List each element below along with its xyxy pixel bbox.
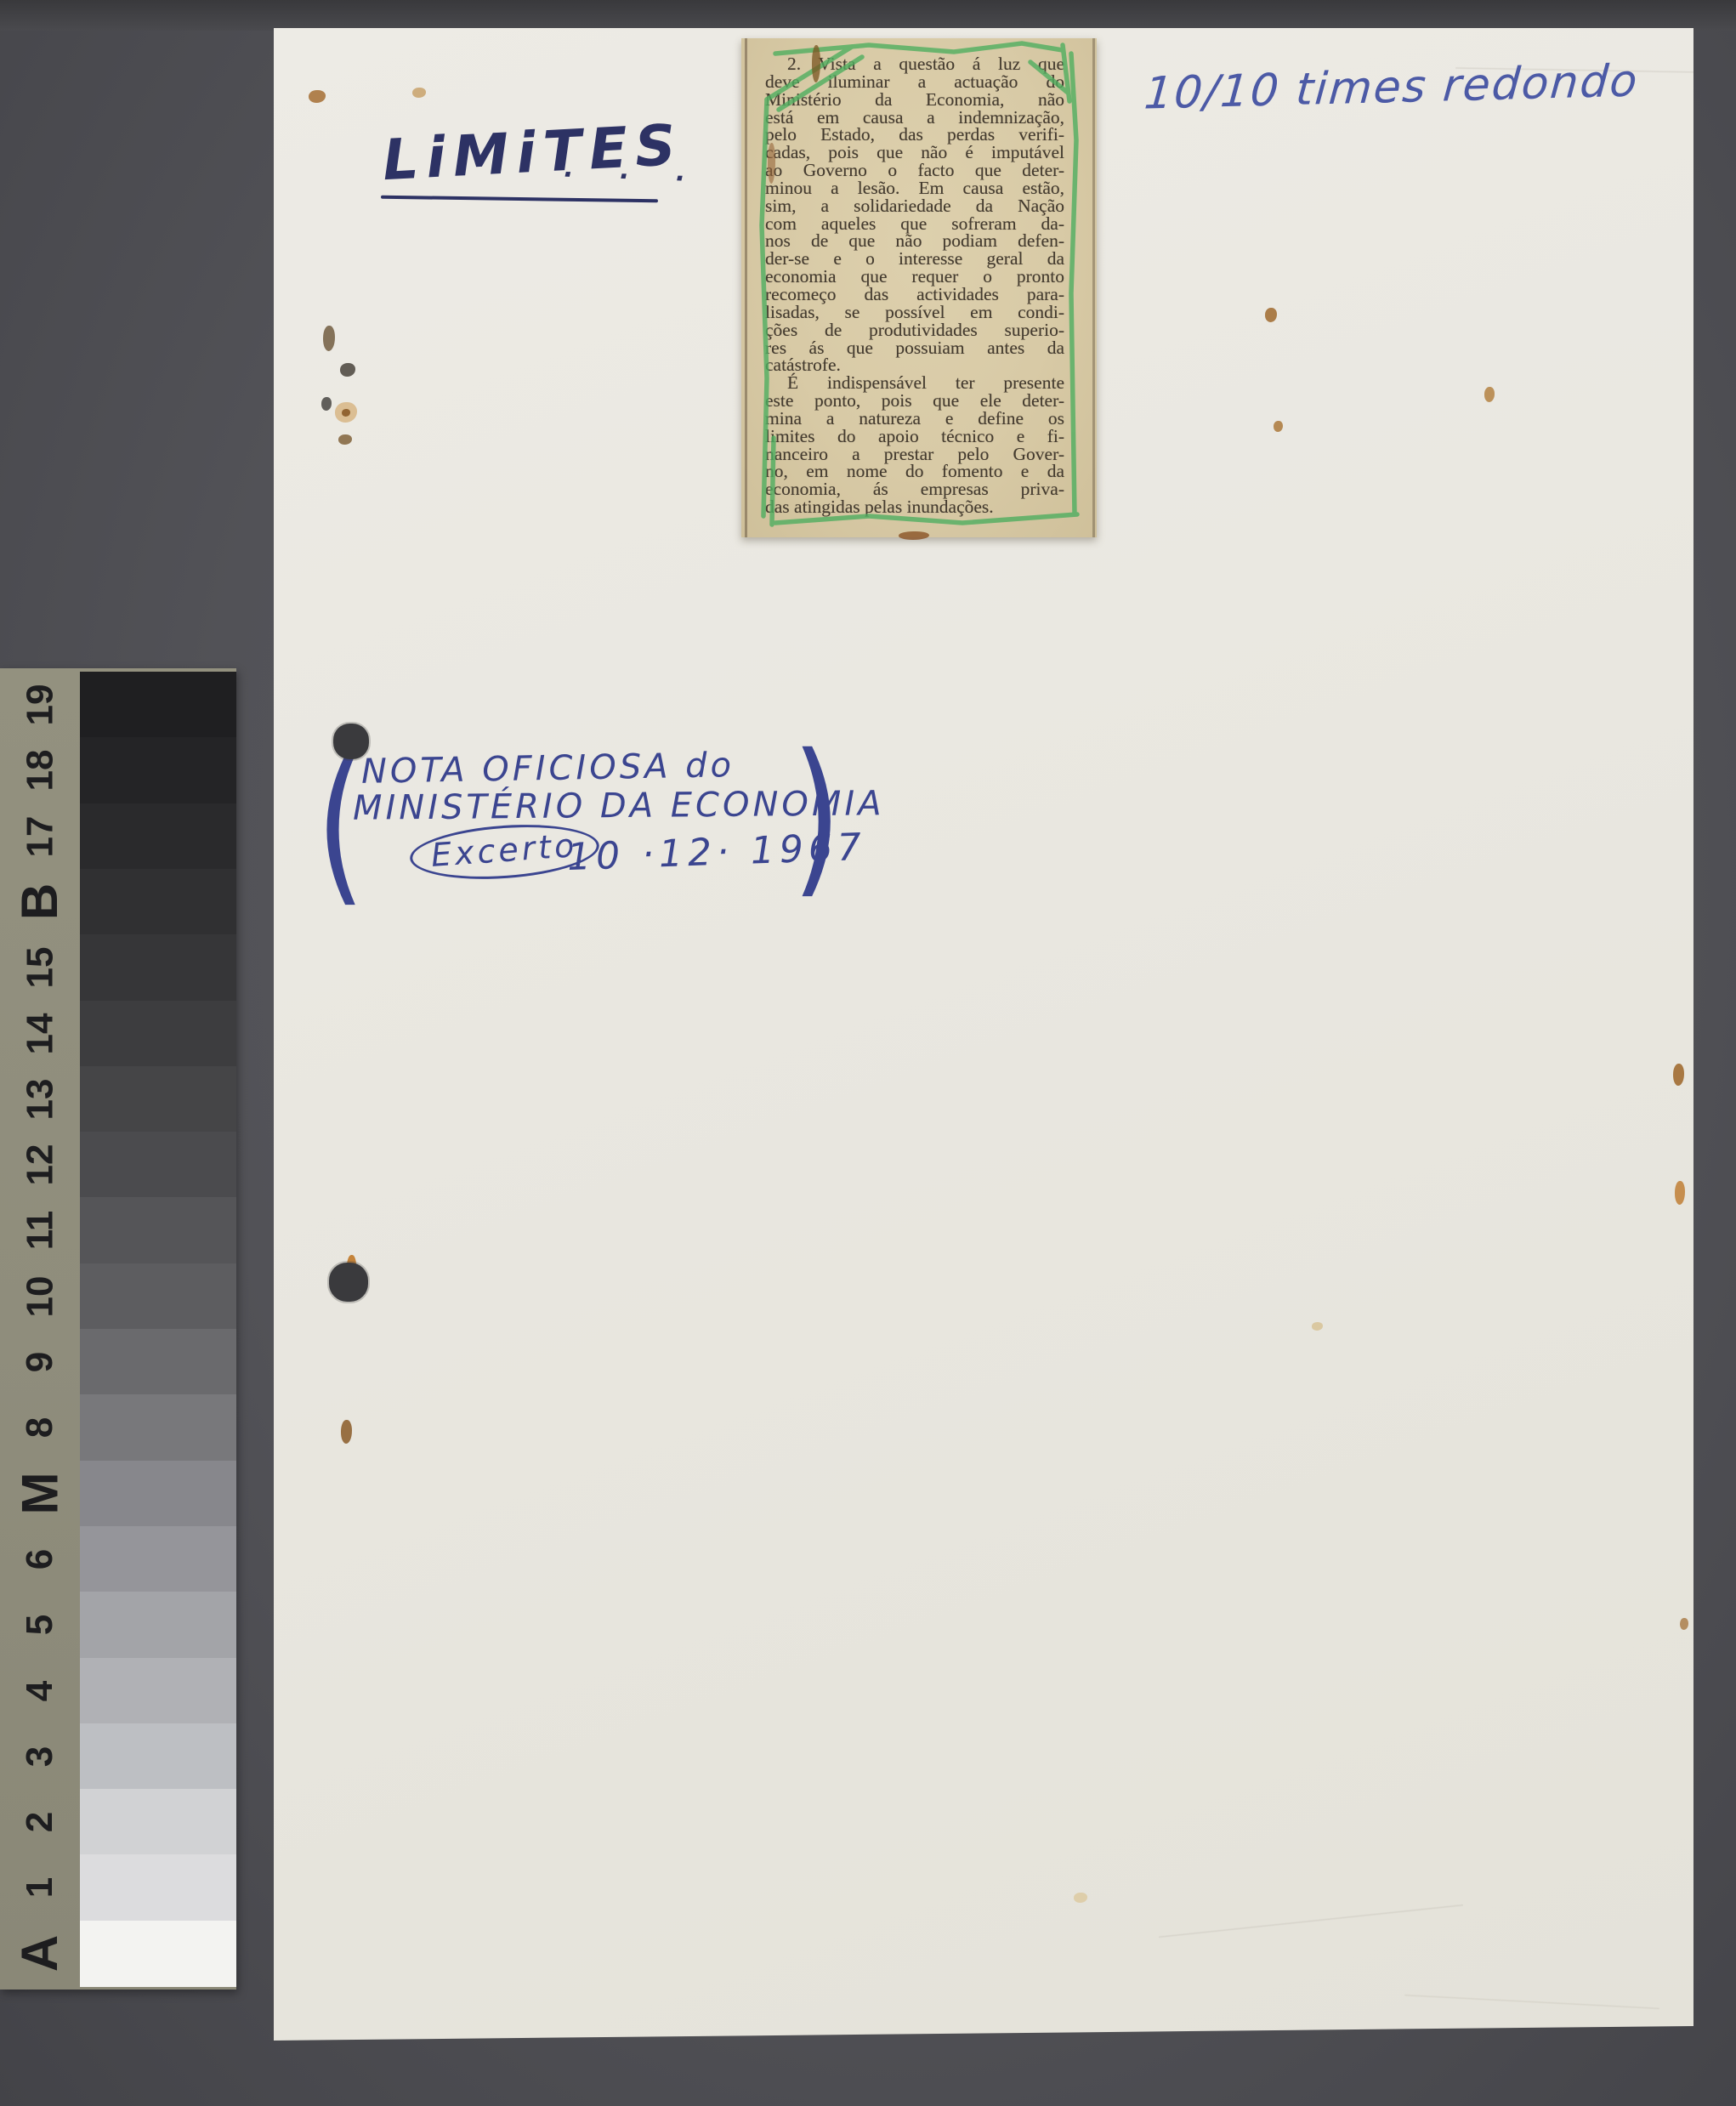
clipping-line: no, em nome do fomento e da <box>765 463 1064 480</box>
grayscale-label-B: B <box>0 869 80 935</box>
grayscale-patch-M <box>80 1461 236 1527</box>
clipping-left-edge <box>745 38 747 537</box>
newspaper-clipping: 2. Vista a questão á luz quedeve ilumina… <box>741 38 1097 537</box>
grayscale-label-11: 11 <box>0 1197 80 1263</box>
grayscale-patch-6 <box>80 1526 236 1592</box>
grayscale-patch-19 <box>80 672 236 738</box>
clipping-line: sim, a solidariedade da Nação <box>765 197 1064 215</box>
clipping-line: ções de produtividades superio- <box>765 321 1064 339</box>
clipping-line: recomeço das actividades para- <box>765 286 1064 304</box>
grayscale-patch-15 <box>80 934 236 1001</box>
stain <box>1274 421 1283 432</box>
clipping-line: der-se e o interesse geral da <box>765 250 1064 268</box>
grayscale-label-10: 10 <box>0 1263 80 1330</box>
clipping-text: 2. Vista a questão á luz quedeve ilumina… <box>765 55 1064 516</box>
stain <box>1265 308 1277 322</box>
grayscale-label-6: 6 <box>0 1526 80 1592</box>
grayscale-label-5: 5 <box>0 1592 80 1658</box>
grayscale-patch-17 <box>80 803 236 870</box>
grayscale-patch-11 <box>80 1197 236 1263</box>
grayscale-label-8: 8 <box>0 1394 80 1461</box>
clipping-right-edge <box>1092 38 1095 537</box>
grayscale-label-12: 12 <box>0 1132 80 1198</box>
handwriting-times-redondo: 10/10 times redondo <box>1143 55 1641 119</box>
clipping-line: res ás que possuiam antes da <box>765 339 1064 357</box>
paper-crease <box>1159 1904 1463 1939</box>
stain <box>338 434 352 445</box>
clipping-line: está em causa a indemnização, <box>765 109 1064 127</box>
note-paren-close: ) <box>792 732 842 900</box>
clipping-line: Ministério da Economia, não <box>765 91 1064 109</box>
grayscale-label-2: 2 <box>0 1789 80 1855</box>
grayscale-label-13: 13 <box>0 1066 80 1132</box>
grayscale-label-M: M <box>0 1461 80 1527</box>
clipping-line: das atingidas pelas inundações. <box>765 498 1064 516</box>
clipping-line: nanceiro a prestar pelo Gover- <box>765 446 1064 463</box>
grayscale-label-17: 17 <box>0 803 80 870</box>
clipping-line: minou a lesão. Em causa estão, <box>765 179 1064 197</box>
ink-dot <box>333 724 369 759</box>
stain <box>1312 1322 1323 1331</box>
stain <box>340 363 355 377</box>
clipping-line: pelo Estado, das perdas verifi- <box>765 126 1064 144</box>
grayscale-label-1: 1 <box>0 1854 80 1921</box>
grayscale-patch-A <box>80 1921 236 1987</box>
grayscale-patch-3 <box>80 1723 236 1790</box>
paper-sheet: 2. Vista a questão á luz quedeve ilumina… <box>274 28 1693 2041</box>
grayscale-patch-8 <box>80 1394 236 1461</box>
grayscale-patch-13 <box>80 1066 236 1132</box>
clipping-line: cadas, pois que não é imputável <box>765 144 1064 162</box>
stain <box>1074 1893 1087 1903</box>
note-line-1: NOTA OFICIOSA do <box>361 746 735 792</box>
stain <box>1673 1064 1684 1086</box>
clipping-line: deve iluminar a actuação do <box>765 73 1064 91</box>
grayscale-patch-B <box>80 869 236 935</box>
stain <box>412 88 426 98</box>
grayscale-patch-1 <box>80 1854 236 1921</box>
clipping-line: nos de que não podiam defen- <box>765 232 1064 250</box>
grayscale-label-9: 9 <box>0 1329 80 1395</box>
clipping-line: 2. Vista a questão á luz que <box>765 55 1064 73</box>
grayscale-patch-12 <box>80 1132 236 1198</box>
grayscale-patch-9 <box>80 1329 236 1395</box>
grayscale-label-19: 19 <box>0 672 80 738</box>
grayscale-label-A: A <box>0 1921 80 1987</box>
handwriting-limites-dots: · · · <box>562 160 703 195</box>
grayscale-patch-10 <box>80 1263 236 1330</box>
ink-dot <box>329 1263 368 1302</box>
grayscale-patch-4 <box>80 1658 236 1724</box>
stain <box>1484 387 1495 402</box>
clipping-line: lisadas, se possível em condi- <box>765 304 1064 321</box>
clipping-line: com aqueles que sofreram da- <box>765 215 1064 233</box>
limites-underline <box>381 196 658 203</box>
grayscale-strip: 191817B15141312111098M654321A <box>0 668 236 1990</box>
archival-scan: 2. Vista a questão á luz quedeve ilumina… <box>0 0 1736 2106</box>
clipping-line: economia, ás empresas priva- <box>765 480 1064 498</box>
stain <box>323 326 335 351</box>
grayscale-label-18: 18 <box>0 737 80 803</box>
clipping-line: ao Governo o facto que deter- <box>765 162 1064 179</box>
clipping-line: É indispensável ter presente <box>765 374 1064 392</box>
stain <box>341 1420 352 1444</box>
grayscale-label-14: 14 <box>0 1001 80 1067</box>
stain <box>1680 1618 1688 1630</box>
grayscale-patch-18 <box>80 737 236 803</box>
stain <box>309 90 326 103</box>
grayscale-label-3: 3 <box>0 1723 80 1790</box>
grayscale-patch-2 <box>80 1789 236 1855</box>
clipping-line: este ponto, pois que ele deter- <box>765 392 1064 410</box>
grayscale-label-15: 15 <box>0 934 80 1001</box>
clipping-line: mina a natureza e define os <box>765 410 1064 428</box>
clipping-line: limites do apoio técnico e fi- <box>765 428 1064 446</box>
paper-crease <box>1404 1994 1659 2010</box>
grayscale-patch-5 <box>80 1592 236 1658</box>
grayscale-patch-14 <box>80 1001 236 1067</box>
clipping-line: catástrofe. <box>765 356 1064 374</box>
grayscale-label-4: 4 <box>0 1658 80 1724</box>
stain <box>899 531 929 540</box>
clipping-line: economia que requer o pronto <box>765 268 1064 286</box>
stain <box>1675 1181 1685 1205</box>
stain <box>321 397 332 411</box>
